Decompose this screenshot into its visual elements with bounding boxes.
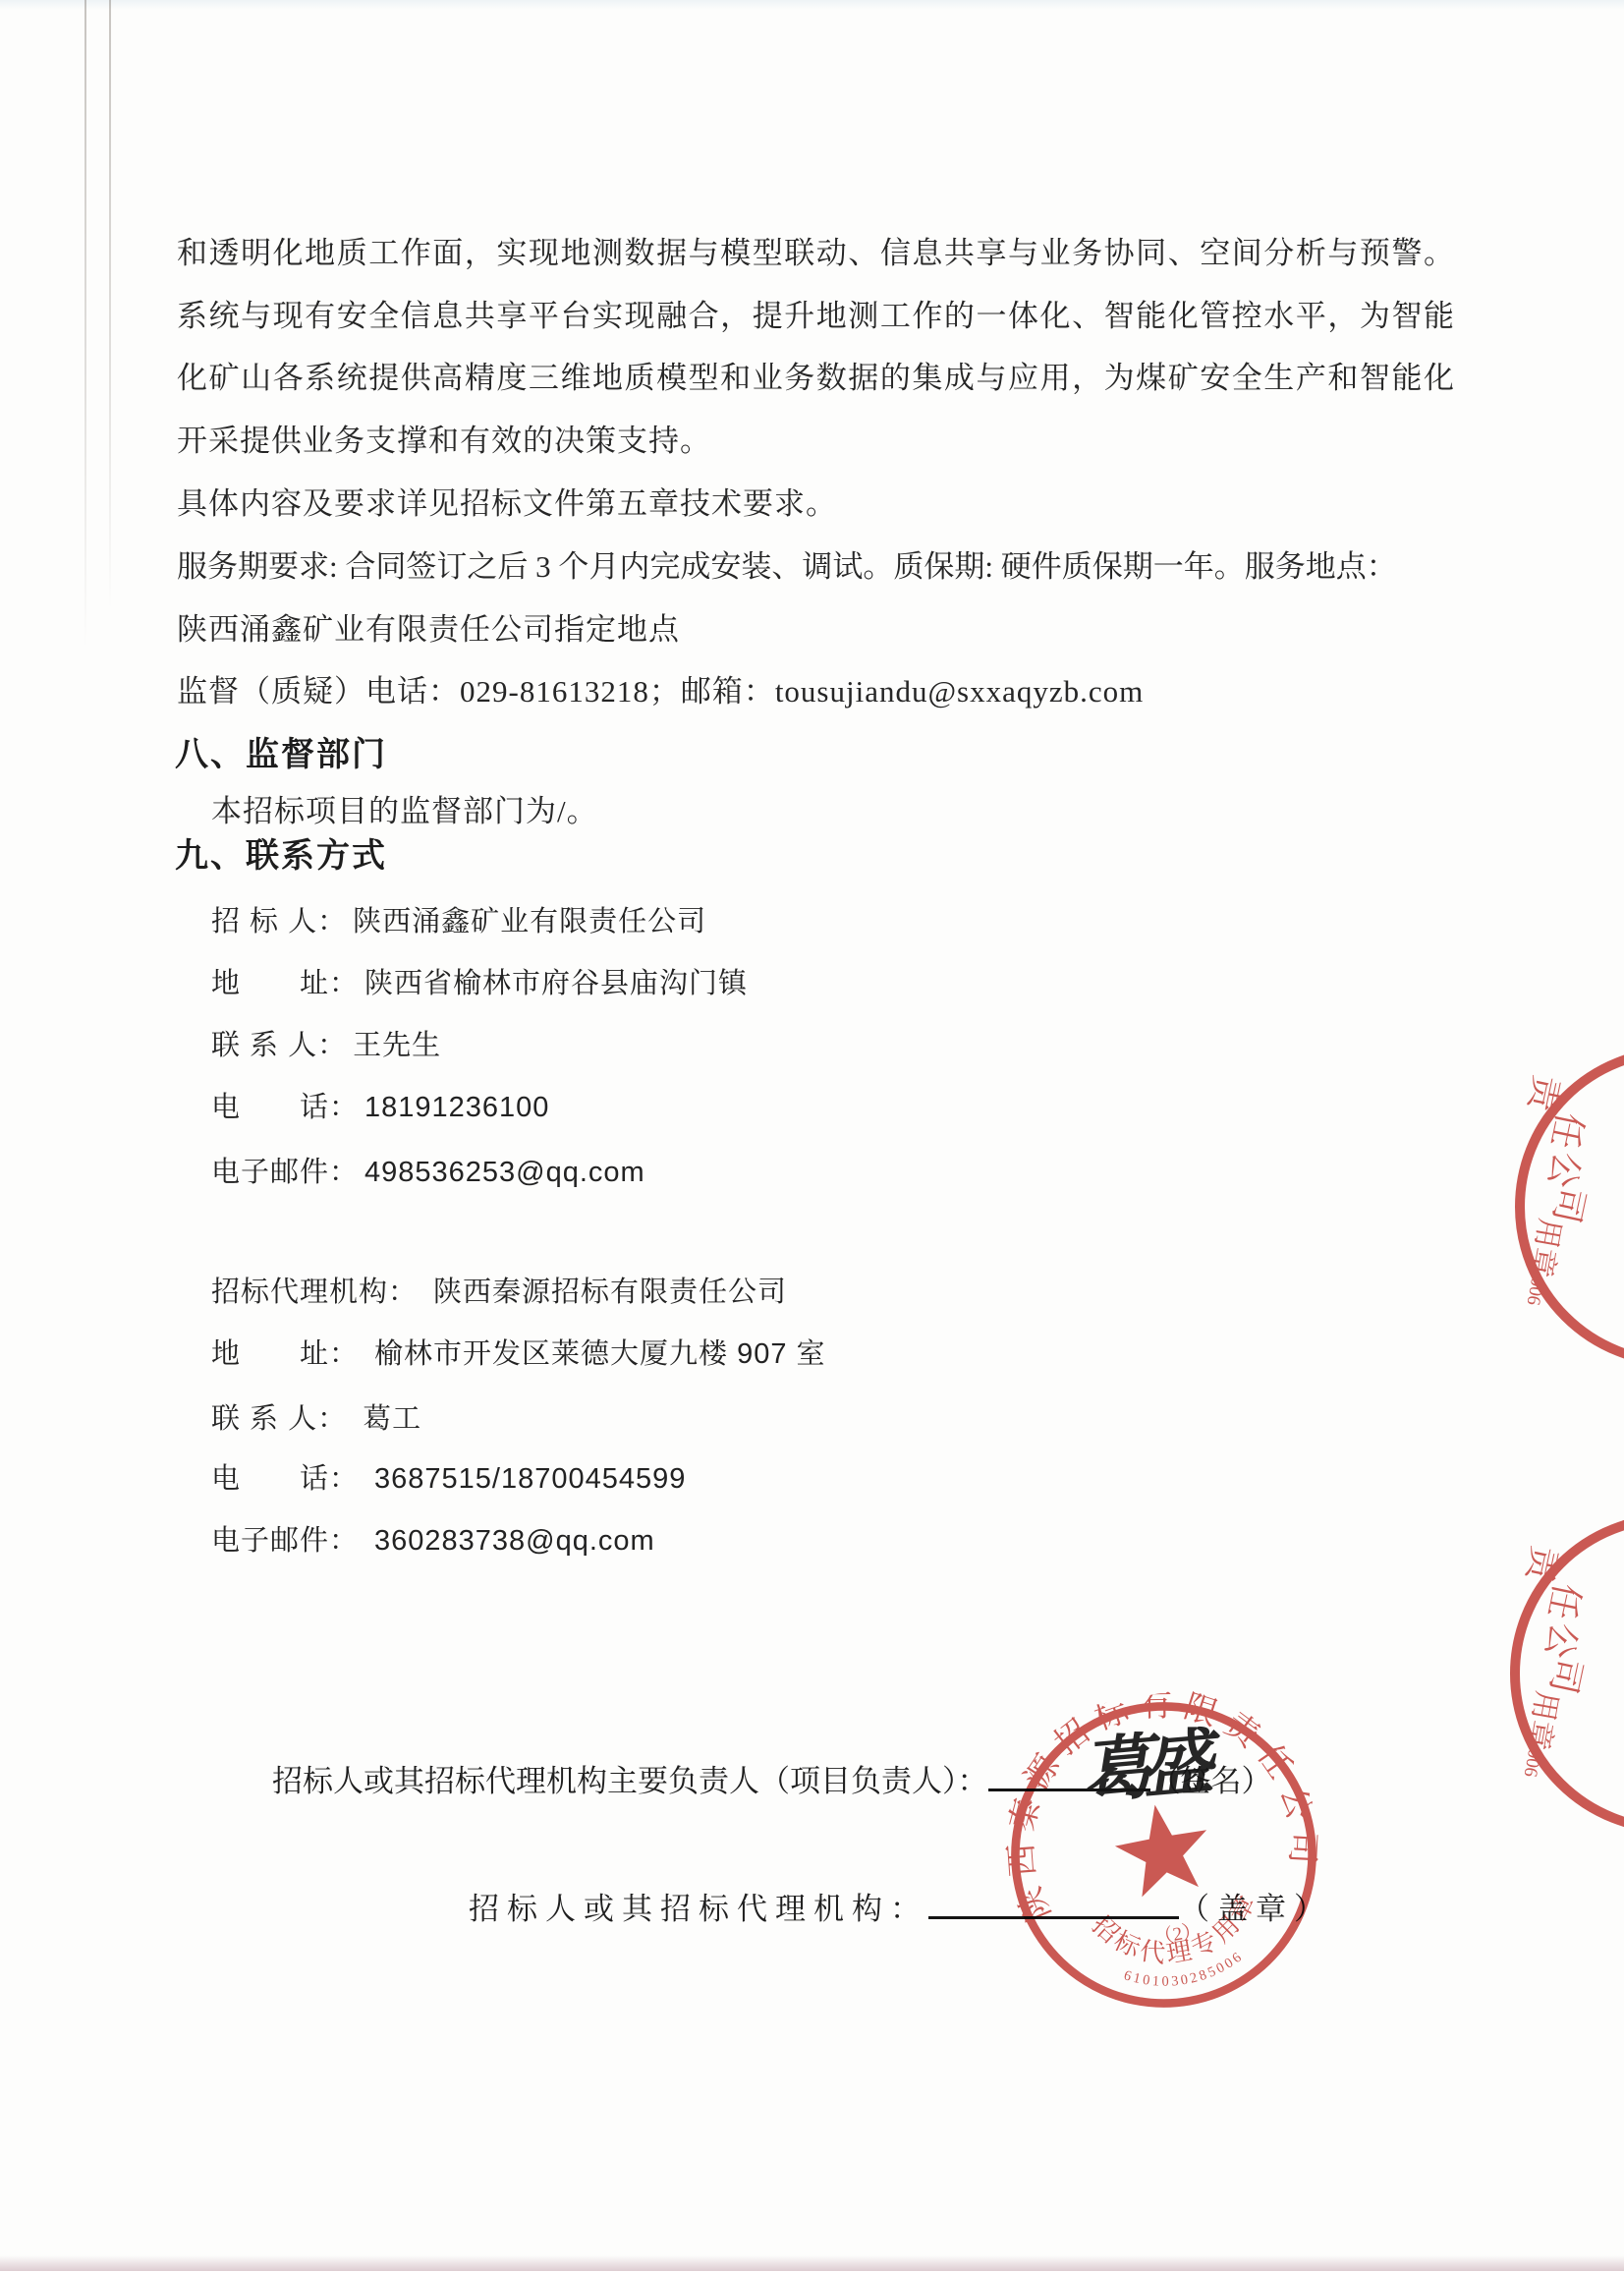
supervision-body-line: 本招标项目的监督部门为/。 <box>211 786 598 830</box>
seal-fragment-number: 006 <box>1523 1276 1548 1307</box>
agency-row: 地 址：榆林市开发区莱德大厦九楼 907 室 <box>211 1332 826 1372</box>
section-heading-contact: 九、联系方式 <box>175 828 387 877</box>
field-label: 招 标 人： <box>211 906 347 937</box>
field-value: 陕西涌鑫矿业有限责任公司 <box>353 906 706 937</box>
seal-fragment-char: 责 <box>1519 1543 1565 1587</box>
field-value: 3687515/18700454599 <box>374 1463 686 1495</box>
agency-row: 联 系 人：葛工 <box>211 1396 421 1437</box>
field-label: 电 话： <box>211 1463 359 1495</box>
field-label: 联 系 人： <box>211 1030 347 1061</box>
field-value: 王先生 <box>353 1030 441 1061</box>
supervision-contact-line: 监督（质疑）电话：029-81613218；邮箱：tousujiandu@sxx… <box>177 666 1144 710</box>
agency-row: 电 话：3687515/18700454599 <box>211 1456 686 1497</box>
tenderer-row: 地 址：陕西省榆林市府谷县庙沟门镇 <box>211 961 748 1001</box>
signature-line-label: 招标人或其招标代理机构主要负责人（项目负责人）： <box>272 1764 988 1798</box>
field-label: 联 系 人： <box>211 1403 347 1435</box>
paragraph-line: 系统与现有安全信息共享平台实现融合，提升地测工作的一体化、智能化管控水平，为智能 <box>177 291 1454 335</box>
scan-line-artifact <box>84 0 86 649</box>
seal-fragment-char: 任 <box>1543 1109 1590 1153</box>
field-value: 360283738@qq.com <box>374 1525 655 1557</box>
agency-row: 招标代理机构：陕西秦源招标有限责任公司 <box>211 1270 787 1310</box>
field-label: 电子邮件： <box>211 1525 359 1557</box>
seal-fragment-inner: 用章 <box>1521 1688 1563 1752</box>
seal-fragment-char: 公 <box>1540 1149 1587 1192</box>
scan-edge-artifact-bottom <box>0 2255 1624 2271</box>
detail-requirements-line: 具体内容及要求详见招标文件第五章技术要求。 <box>177 479 837 523</box>
tenderer-row: 招 标 人：陕西涌鑫矿业有限责任公司 <box>211 899 706 939</box>
partial-seal-lower: 责 任 公 司 用章 006 <box>1503 1506 1624 1841</box>
seal-fragment-inner: 用章 <box>1524 1216 1566 1279</box>
scanned-tender-document-page: 和透明化地质工作面，实现地测数据与模型联动、信息共享与业务协同、空间分析与预警。… <box>0 0 1624 2271</box>
paragraph-line: 开采提供业务支撑和有效的决策支持。 <box>177 416 711 460</box>
scan-line-artifact <box>109 0 111 609</box>
field-label: 电 话： <box>211 1092 359 1123</box>
section-heading-supervision: 八、监督部门 <box>175 727 387 775</box>
field-value: 陕西秦源招标有限责任公司 <box>433 1277 787 1308</box>
seal-fragment-char: 公 <box>1538 1619 1584 1663</box>
paragraph-line: 化矿山各系统提供高精度三维地质模型和业务数据的集成与应用，为煤矿安全生产和智能化 <box>177 353 1454 397</box>
agency-row: 电子邮件：360283738@qq.com <box>211 1518 655 1559</box>
signature-line-label: 招标人或其招标代理机构： <box>469 1892 928 1926</box>
paragraph-line: 和透明化地质工作面，实现地测数据与模型联动、信息共享与业务协同、空间分析与预警。 <box>177 228 1454 272</box>
seal-fragment-char: 责 <box>1521 1072 1567 1116</box>
seal-fragment-number: 006 <box>1520 1747 1545 1779</box>
tenderer-row: 联 系 人：王先生 <box>211 1023 441 1063</box>
handwritten-signature: 葛盛 <box>1077 1705 1207 1817</box>
service-period-line: 服务期要求: 合同签订之后 3 个月内完成安装、调试。质保期: 硬件质保期一年。… <box>177 541 1397 586</box>
partial-seal-upper: 责 任 公 司 用章 006 <box>1508 1040 1624 1374</box>
tenderer-row: 电子邮件：498536253@qq.com <box>211 1150 645 1190</box>
field-value: 葛工 <box>363 1403 421 1435</box>
field-label: 招标代理机构： <box>211 1277 418 1308</box>
field-label: 地 址： <box>211 968 359 999</box>
tenderer-row: 电 话：18191236100 <box>211 1085 549 1125</box>
field-value: 陕西省榆林市府谷县庙沟门镇 <box>364 968 748 999</box>
field-label: 地 址： <box>211 1338 359 1370</box>
service-location-line: 陕西涌鑫矿业有限责任公司指定地点 <box>177 604 680 649</box>
scan-edge-artifact-top <box>0 0 1624 10</box>
field-value: 498536253@qq.com <box>364 1157 645 1188</box>
field-label: 电子邮件： <box>211 1157 359 1188</box>
field-value: 榆林市开发区莱德大厦九楼 907 室 <box>374 1338 826 1370</box>
seal-fragment-char: 任 <box>1540 1580 1587 1623</box>
field-value: 18191236100 <box>364 1092 549 1123</box>
